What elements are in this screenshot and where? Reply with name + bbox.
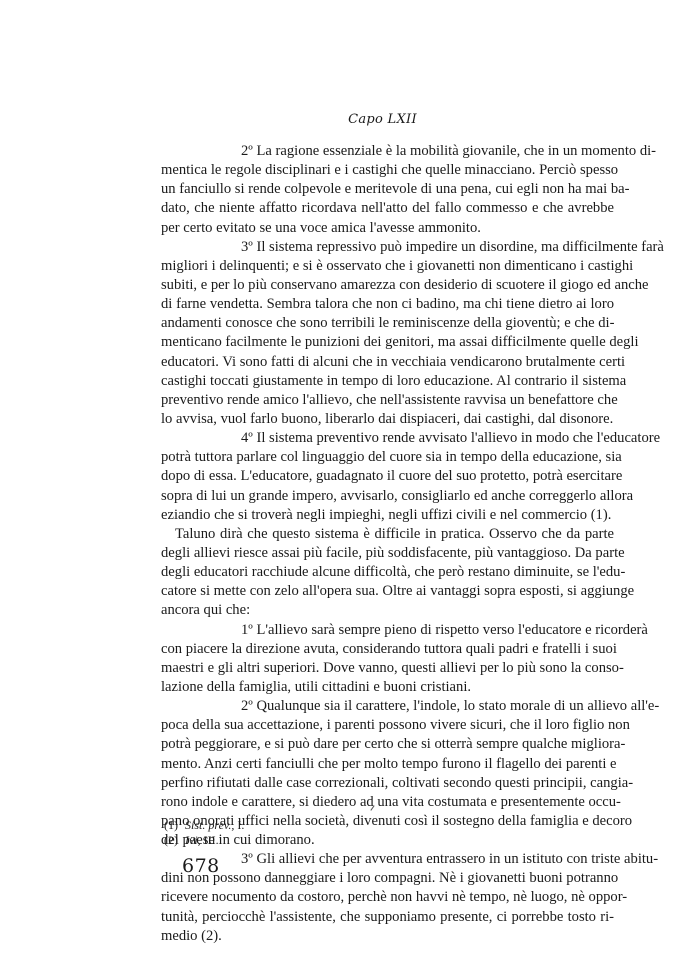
text-line: migliori i delinquenti; e si è osservato… (161, 257, 614, 276)
footnote-1: (1) Sist. prev., I. (164, 818, 244, 833)
text-line: medio (2). (161, 927, 614, 946)
text-line: 4º Il sistema preventivo rende avvisato … (161, 429, 614, 448)
text-line: ricevere nocumento da costoro, perchè no… (161, 888, 614, 907)
text-line: degli allievi riesce assai più facile, p… (161, 544, 614, 563)
text-line: tunità, perciocchè l'assistente, che sup… (161, 908, 614, 927)
text-line: eziandio che si troverà negli impieghi, … (161, 506, 614, 525)
text-line: per certo evitato se una voce amica l'av… (161, 219, 614, 238)
text-line: lazione della famiglia, utili cittadini … (161, 678, 614, 697)
text-line: dopo di essa. L'educatore, guadagnato il… (161, 467, 614, 486)
text-line: perfino rifiutati dalle case correzional… (161, 774, 614, 793)
text-line: 2º Qualunque sia il carattere, l'indole,… (161, 697, 614, 716)
text-line: 1º L'allievo sarà sempre pieno di rispet… (161, 621, 614, 640)
text-line: menticano facilmente le punizioni dei ge… (161, 333, 614, 352)
footnote-ref: (2) (164, 833, 178, 847)
text-line: potrà tuttora parlare col linguaggio del… (161, 448, 614, 467)
text-line: 2º La ragione essenziale è la mobilità g… (161, 142, 614, 161)
text-line: 3º Il sistema repressivo può impedire un… (161, 238, 614, 257)
text-line: 3º Gli allievi che per avventura entrass… (161, 850, 614, 869)
text-line: poca della sua accettazione, i parenti p… (161, 716, 614, 735)
book-page: Capo LXII 2º La ragione essenziale è la … (0, 0, 695, 974)
footnote-detail: I. (237, 818, 244, 832)
text-line: sopra di lui un grande impero, avvisarlo… (161, 487, 614, 506)
footnote-ref: (1) (164, 818, 178, 832)
text-line: ancora qui che: (161, 601, 614, 620)
footnotes: (1) Sist. prev., I. (2) Ivi, III. (164, 818, 244, 848)
text-line: educatori. Vi sono fatti di alcuni che i… (161, 353, 614, 372)
text-line: lo avvisa, vuol farlo buono, liberarlo d… (161, 410, 614, 429)
text-line: subiti, e per lo più conservano amarezza… (161, 276, 614, 295)
text-line: dato, che niente affatto ricordava nell'… (161, 199, 614, 218)
text-line: mentica le regole disciplinari e i casti… (161, 161, 614, 180)
text-line: rono indole e carattere, si diedero ad u… (161, 793, 614, 812)
text-line: di farne vendetta. Sembra talora che non… (161, 295, 614, 314)
text-line: con piacere la direzione avuta, consider… (161, 640, 614, 659)
footnote-source: Ivi, (185, 833, 201, 847)
text-line: dini non possono danneggiare i loro comp… (161, 869, 614, 888)
footnote-detail: III. (204, 833, 219, 847)
text-line: preventivo rende amico l'allievo, che ne… (161, 391, 614, 410)
footnote-2: (2) Ivi, III. (164, 833, 244, 848)
text-line: castighi toccati giustamente in tempo di… (161, 372, 614, 391)
text-line: catore si mette con zelo all'opera sua. … (161, 582, 614, 601)
footnote-source: Sist. prev., (185, 818, 234, 832)
text-line: andamenti conosce che sono terribili le … (161, 314, 614, 333)
text-line: un fanciullo si rende colpevole e merite… (161, 180, 614, 199)
text-line: Taluno dirà che questo sistema è diffici… (161, 525, 614, 544)
page-number: 678 (182, 855, 220, 877)
text-line: mento. Anzi certi fanciulli che per molt… (161, 755, 614, 774)
text-line: degli educatori racchiude alcune diffico… (161, 563, 614, 582)
text-line: maestri e gli altri superiori. Dove vann… (161, 659, 614, 678)
running-head: Capo LXII (0, 112, 695, 127)
text-line: potrà peggiorare, e si può dare per cert… (161, 735, 614, 754)
